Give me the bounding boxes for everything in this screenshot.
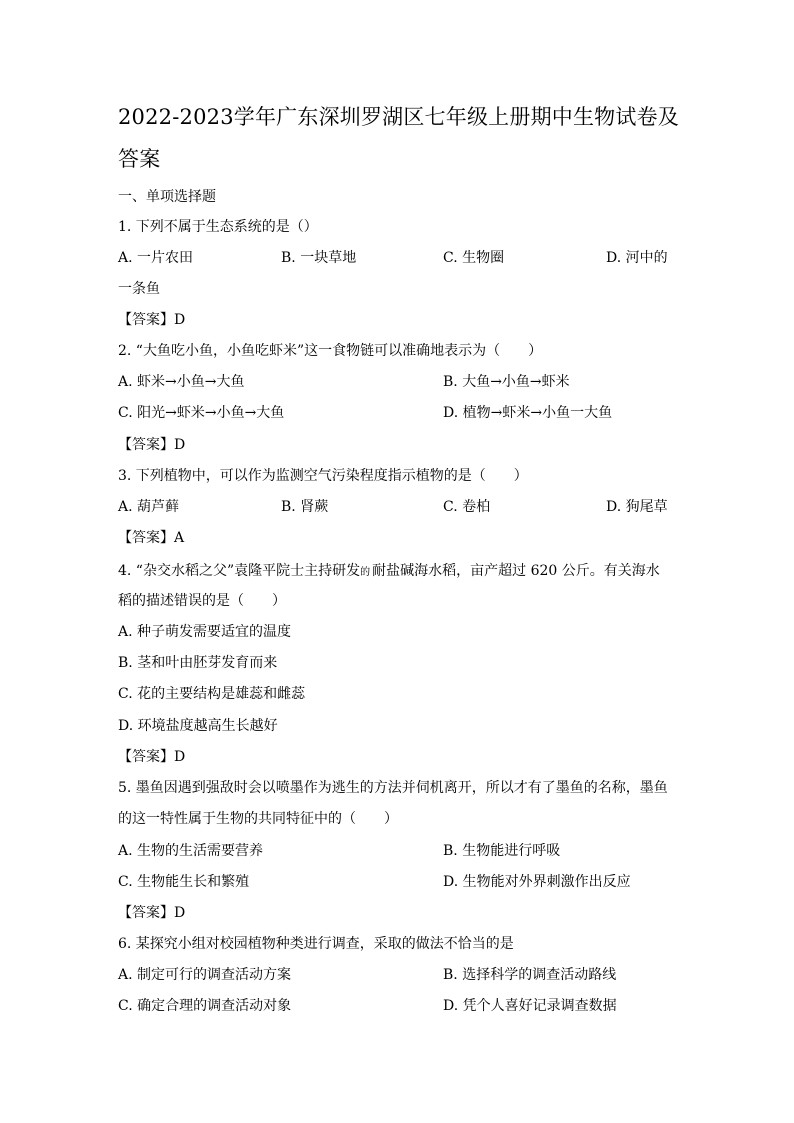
- exam-page: 2022-2023学年广东深圳罗湖区七年级上册期中生物试卷及 答案 一、单项选择…: [0, 0, 794, 1123]
- q5-answer: 【答案】D: [118, 904, 185, 922]
- q4-option-b: B. 茎和叶由胚芽发育而来: [118, 654, 277, 672]
- question-3-stem: 3. 下列植物中，可以作为监测空气污染程度指示植物的是（ ）: [118, 467, 528, 485]
- q6-option-d: D. 凭个人喜好记录调查数据: [443, 997, 617, 1015]
- q1-option-c: C. 生物圈: [443, 249, 504, 267]
- q5-option-a: A. 生物的生活需要营养: [118, 842, 263, 860]
- q1-option-a: A. 一片农田: [118, 249, 193, 267]
- q3-option-c: C. 卷柏: [443, 498, 490, 516]
- section-heading: 一、单项选择题: [118, 188, 216, 206]
- q4-option-a: A. 种子萌发需要适宜的温度: [118, 623, 291, 641]
- question-2-stem: 2. “大鱼吃小鱼，小鱼吃虾米”这一食物链可以准确地表示为（ ）: [118, 342, 542, 360]
- q1-answer: 【答案】D: [118, 311, 185, 329]
- q4-answer: 【答案】D: [118, 748, 185, 766]
- q3-option-b: B. 肾蕨: [281, 498, 328, 516]
- q4-option-d: D. 环境盐度越高生长越好: [118, 717, 278, 735]
- q3-option-a: A. 葫芦藓: [118, 498, 179, 516]
- q1-option-d: D. 河中的: [606, 249, 668, 267]
- q5-option-c: C. 生物能生长和繁殖: [118, 873, 249, 891]
- q2-option-a: A. 虾米→小鱼→大鱼: [118, 373, 244, 391]
- q2-answer: 【答案】D: [118, 436, 185, 454]
- q5-option-d: D. 生物能对外界刺激作出反应: [443, 873, 631, 891]
- q2-option-b: B. 大鱼→小鱼→虾米: [443, 373, 570, 391]
- doc-title-line2: 答案: [118, 146, 160, 172]
- q1-option-b: B. 一块草地: [281, 249, 356, 267]
- q6-option-a: A. 制定可行的调查活动方案: [118, 966, 291, 984]
- q1-option-d-wrap: 一条鱼: [118, 280, 160, 298]
- q3-answer: 【答案】A: [118, 529, 184, 547]
- q5-option-b: B. 生物能进行呼吸: [443, 842, 560, 860]
- q6-option-c: C. 确定合理的调查活动对象: [118, 997, 291, 1015]
- question-4-stem-line2: 稻的描述错误的是（ ）: [118, 592, 286, 610]
- question-5-stem-line2: 的这一特性属于生物的共同特征中的（ ）: [118, 810, 398, 828]
- q4-stem-part2: 耐盐碱海水稻，亩产超过 620 公斤。有关海水: [372, 563, 660, 579]
- question-4-stem-line1: 4. “杂交水稻之父”袁隆平院士主持研发的耐盐碱海水稻，亩产超过 620 公斤。…: [118, 562, 660, 580]
- doc-title-line1: 2022-2023学年广东深圳罗湖区七年级上册期中生物试卷及: [118, 104, 679, 130]
- q4-option-c: C. 花的主要结构是雄蕊和雌蕊: [118, 685, 305, 703]
- q4-stem-superscript: 的: [360, 567, 370, 579]
- q2-option-d: D. 植物→虾米→小鱼一大鱼: [443, 404, 612, 422]
- question-6-stem: 6. 某探究小组对校园植物种类进行调查，采取的做法不恰当的是: [118, 935, 514, 953]
- question-5-stem-line1: 5. 墨鱼因遇到强敌时会以喷墨作为逃生的方法并伺机离开，所以才有了墨鱼的名称，墨…: [118, 779, 668, 797]
- q2-option-c: C. 阳光→虾米→小鱼→大鱼: [118, 404, 284, 422]
- q6-option-b: B. 选择科学的调查活动路线: [443, 966, 616, 984]
- q3-option-d: D. 狗尾草: [606, 498, 668, 516]
- q4-stem-part1: 4. “杂交水稻之父”袁隆平院士主持研发: [118, 563, 360, 579]
- question-1-stem: 1. 下列不属于生态系统的是（）: [118, 218, 318, 236]
